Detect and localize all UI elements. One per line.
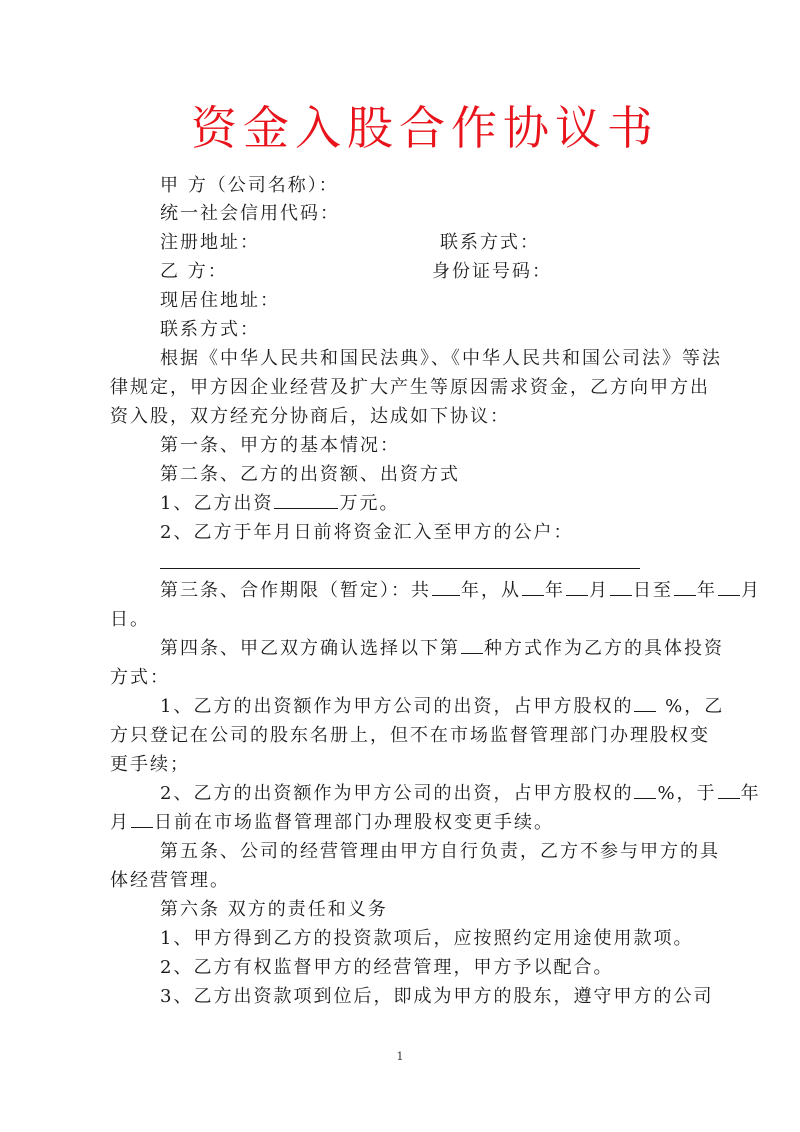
end-month-blank[interactable] <box>718 577 740 596</box>
page-number: 1 <box>0 1050 800 1063</box>
option-1-text: %，乙 <box>657 696 724 717</box>
account-blank-line[interactable] <box>160 568 640 569</box>
article-3-text: 年，从 <box>461 580 521 601</box>
option-2-percent-blank[interactable] <box>634 780 656 799</box>
start-year-blank[interactable] <box>522 577 544 596</box>
option-2-day-blank[interactable] <box>131 809 153 828</box>
contact-label-b: 联系方式： <box>160 316 260 344</box>
end-year-blank[interactable] <box>674 577 696 596</box>
option-2-text: 日前在市场监督管理部门办理股权变更手续。 <box>154 812 554 833</box>
article-4-option-2-line-1: 2、乙方的出资额作为甲方公司的出资，占甲方股权的%，于年 <box>160 780 761 808</box>
option-2-text: 月 <box>110 812 130 833</box>
contact-label-a: 联系方式： <box>440 229 540 257</box>
option-1-text: 1、乙方的出资额作为甲方公司的出资，占甲方股权的 <box>160 696 633 717</box>
article-4-text: 种方式作为乙方的具体投资 <box>484 638 724 659</box>
article-6-heading: 第六条 双方的责任和义务 <box>160 896 388 924</box>
article-4-line-1: 第四条、甲乙双方确认选择以下第种方式作为乙方的具体投资 <box>160 635 724 663</box>
article-3-text: 年 <box>697 580 717 601</box>
preamble-line-1: 根据《中华人民共和国民法典》、《中华人民共和国公司法》等法 <box>160 345 722 373</box>
article-2-item-1: 1、乙方出资万元。 <box>160 490 399 518</box>
party-b-label: 乙 方： <box>160 258 228 286</box>
article-3-text: 月 <box>741 580 761 601</box>
article-4-option-1-line-2: 方只登记在公司的股东名册上，但不在市场监督管理部门办理股权变 <box>110 722 710 750</box>
article-2-heading: 第二条、乙方的出资额、出资方式 <box>160 461 460 489</box>
article-4-text: 第四条、甲乙双方确认选择以下第 <box>160 638 460 659</box>
article-3-text: 年 <box>545 580 565 601</box>
article-4-option-1-line-1: 1、乙方的出资额作为甲方公司的出资，占甲方股权的 %，乙 <box>160 693 724 721</box>
article-6-item-1: 1、甲方得到乙方的投资款项后，应按照约定用途使用款项。 <box>160 925 693 953</box>
article-6-item-2: 2、乙方有权监督甲方的经营管理，甲方予以配合。 <box>160 954 613 982</box>
credit-code-label: 统一社会信用代码： <box>160 200 340 228</box>
option-2-text: %，于 <box>657 783 716 804</box>
article-5-line-1: 第五条、公司的经营管理由甲方自行负责，乙方不参与甲方的具 <box>160 838 720 866</box>
article-2-item-1-prefix: 1、乙方出资 <box>160 493 273 514</box>
option-2-year-blank[interactable] <box>718 780 740 799</box>
party-a-name-label: 甲 方（公司名称）： <box>160 172 339 200</box>
article-3-text: 日至 <box>633 580 673 601</box>
article-4-line-2: 方式： <box>110 664 170 692</box>
option-2-text: 2、乙方的出资额作为甲方公司的出资，占甲方股权的 <box>160 783 633 804</box>
article-1-heading: 第一条、甲方的基本情况： <box>160 432 400 460</box>
option-2-text: 年 <box>741 783 761 804</box>
article-3-text: 月 <box>589 580 609 601</box>
document-title: 资金入股合作协议书 <box>0 92 800 158</box>
years-blank[interactable] <box>432 577 460 596</box>
article-3-line-2: 日。 <box>110 606 150 634</box>
article-3-text: 第三条、合作期限（暂定）：共 <box>160 580 431 601</box>
article-3-line-1: 第三条、合作期限（暂定）：共年，从年月日至年月 <box>160 577 761 605</box>
start-day-blank[interactable] <box>610 577 632 596</box>
article-6-item-3: 3、乙方出资款项到位后，即成为甲方的股东，遵守甲方的公司 <box>160 983 713 1011</box>
preamble-line-3: 资入股，双方经充分协商后，达成如下协议： <box>110 403 510 431</box>
article-2-item-2: 2、乙方于年月日前将资金汇入至甲方的公户： <box>160 519 573 547</box>
option-1-percent-blank[interactable] <box>634 693 656 712</box>
amount-blank[interactable] <box>274 490 338 509</box>
preamble-line-2: 律规定，甲方因企业经营及扩大产生等原因需求资金，乙方向甲方出 <box>110 374 710 402</box>
id-number-label: 身份证号码： <box>432 258 552 286</box>
reg-address-label: 注册地址： <box>160 229 260 257</box>
start-month-blank[interactable] <box>566 577 588 596</box>
article-4-option-1-line-3: 更手续； <box>110 751 190 779</box>
article-5-line-2: 体经营管理。 <box>110 867 230 895</box>
method-choice-blank[interactable] <box>461 635 483 654</box>
residence-label: 现居住地址： <box>160 287 280 315</box>
article-4-option-2-line-2: 月日前在市场监督管理部门办理股权变更手续。 <box>110 809 554 837</box>
article-2-item-1-suffix: 万元。 <box>339 493 399 514</box>
